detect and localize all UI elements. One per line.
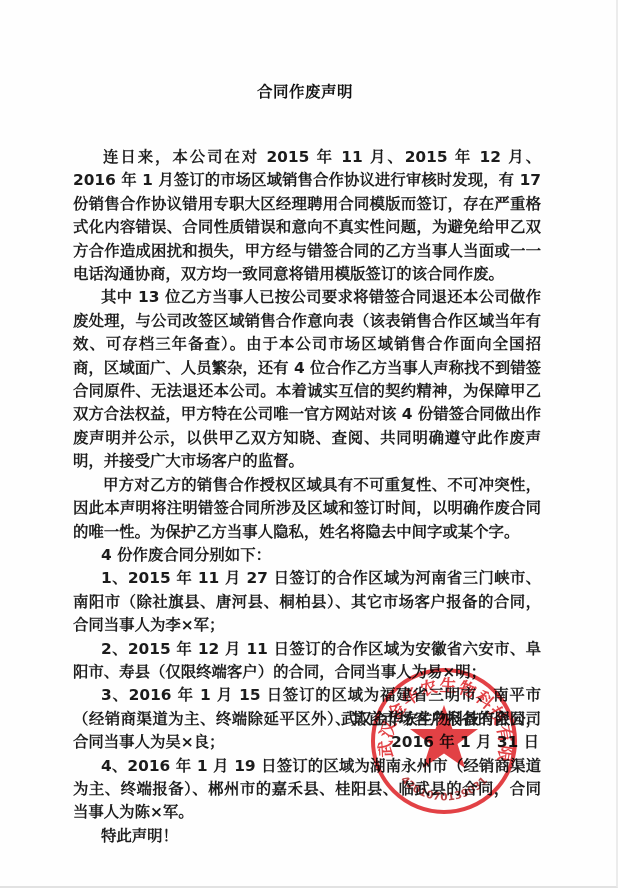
paragraph-intro: 连日来，本公司在对 2015 年 11 月、2015 年 12 月、2016 年… bbox=[73, 146, 541, 286]
paragraph-list-heading: 4 份作废合同分别如下： bbox=[73, 544, 541, 567]
paragraph-returned-contracts: 其中 13 位乙方当事人已按公司要求将错签合同退还本公司做作废处理，与公司改签区… bbox=[73, 286, 541, 473]
document-page: 合同作废声明 连日来，本公司在对 2015 年 11 月、2015 年 12 月… bbox=[0, 0, 618, 888]
company-seal-icon: 武汉金华农生物科技有限公司 4201070139031 bbox=[368, 665, 520, 817]
contract-item-1: 1、2015 年 11 月 27 日签订的合作区域为河南省三门峡市、南阳市（除社… bbox=[73, 567, 541, 637]
svg-text:4201070139031: 4201070139031 bbox=[398, 774, 490, 804]
closing-statement: 特此声明！ bbox=[73, 825, 541, 848]
seal-number: 4201070139031 bbox=[398, 774, 490, 804]
document-title: 合同作废声明 bbox=[0, 80, 610, 102]
paragraph-privacy: 甲方对乙方的销售合作授权区域具有不可重复性、不可冲突性，因此本声明将注明错签合同… bbox=[73, 474, 541, 544]
